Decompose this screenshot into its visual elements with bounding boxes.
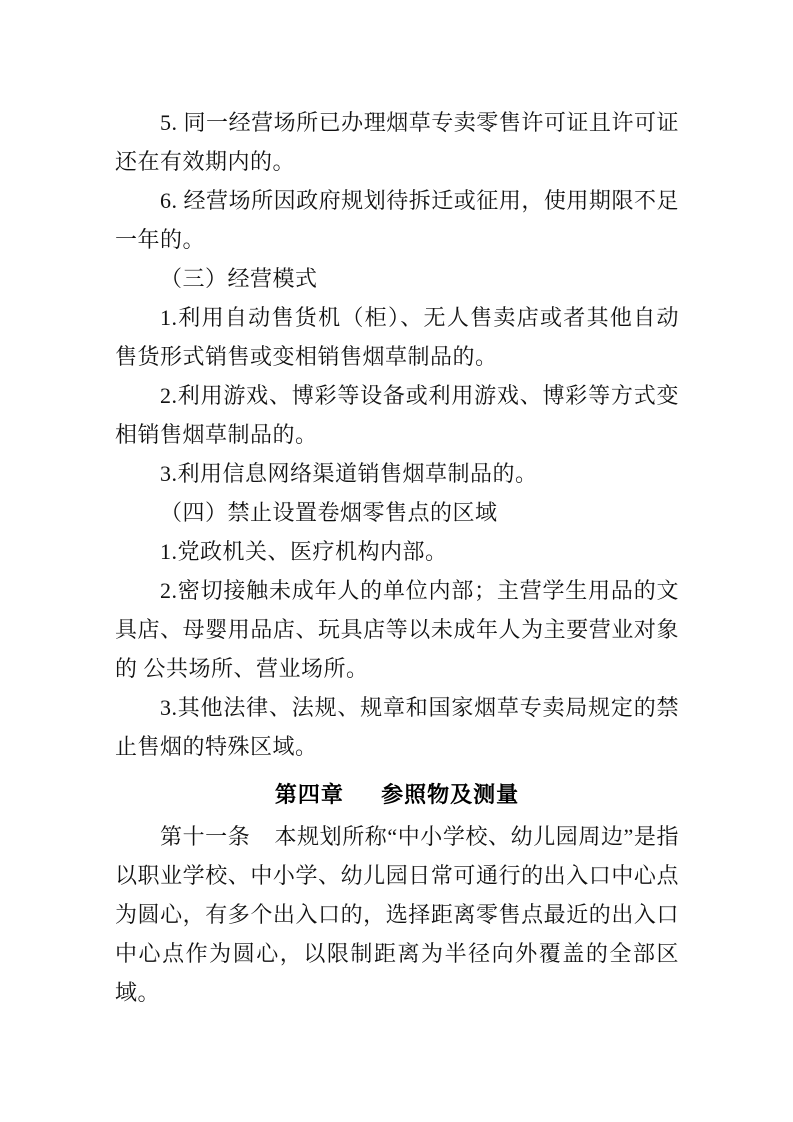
chapter-title: 参照物及测量: [381, 782, 519, 807]
subheading-business-model: （三）经营模式: [115, 259, 679, 298]
prohibited-area-item-1: 1.党政机关、医疗机构内部。: [115, 532, 679, 571]
business-model-item-1: 1.利用自动售货机（柜）、无人售卖店或者其他自动售货形式销售或变相销售烟草制品的…: [115, 298, 679, 376]
prohibited-area-item-2: 2.密切接触未成年人的单位内部；主营学生用品的文具店、母婴用品店、玩具店等以未成…: [115, 571, 679, 688]
clause-item-6: 6. 经营场所因政府规划待拆迁或征用，使用期限不足一年的。: [115, 181, 679, 259]
article-11-paragraph: 第十一条 本规划所称“中小学校、幼儿园周边”是指以职业学校、中小学、幼儿园日常可…: [115, 817, 679, 1012]
chapter-number: 第四章: [275, 782, 344, 807]
document-body: 5. 同一经营场所已办理烟草专卖零售许可证且许可证还在有效期内的。 6. 经营场…: [115, 103, 679, 1012]
business-model-item-2: 2.利用游戏、博彩等设备或利用游戏、博彩等方式变相销售烟草制品的。: [115, 376, 679, 454]
article-text: 本规划所称“中小学校、幼儿园周边”是指以职业学校、中小学、幼儿园日常可通行的出入…: [115, 824, 679, 1005]
chapter-heading: 第四章 参照物及测量: [115, 772, 679, 817]
prohibited-area-item-3: 3.其他法律、法规、规章和国家烟草专卖局规定的禁止售烟的特殊区域。: [115, 688, 679, 766]
subheading-prohibited-areas: （四）禁止设置卷烟零售点的区域: [115, 493, 679, 532]
document-page: 5. 同一经营场所已办理烟草专卖零售许可证且许可证还在有效期内的。 6. 经营场…: [0, 0, 793, 1122]
clause-item-5: 5. 同一经营场所已办理烟草专卖零售许可证且许可证还在有效期内的。: [115, 103, 679, 181]
article-number: 第十一条: [160, 824, 250, 849]
business-model-item-3: 3.利用信息网络渠道销售烟草制品的。: [115, 454, 679, 493]
